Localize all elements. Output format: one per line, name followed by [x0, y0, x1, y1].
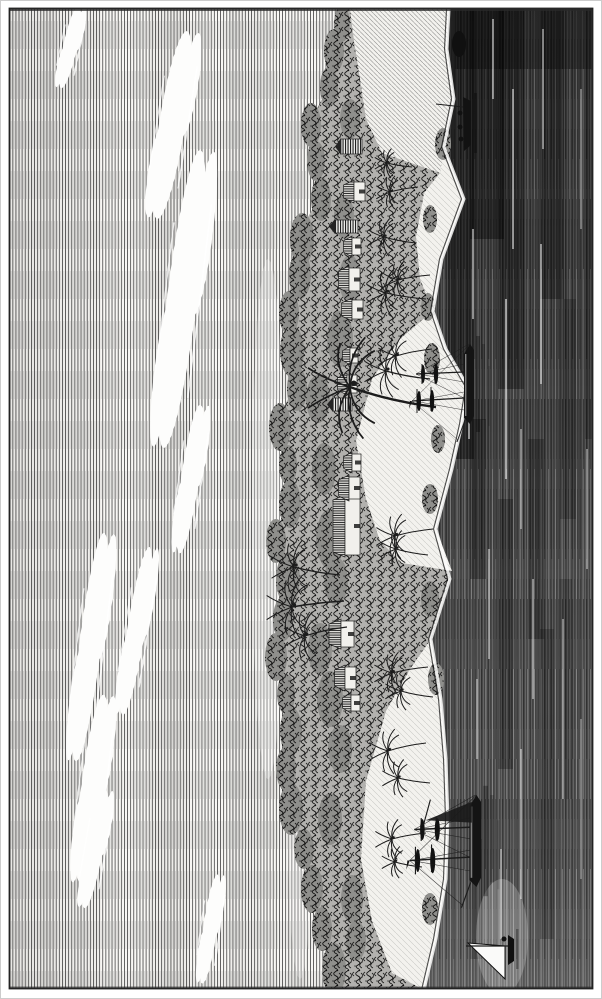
palm-coconut: [386, 290, 389, 293]
ship-furled-sail: [430, 848, 435, 873]
frame-bottom-band: [10, 987, 592, 989]
tree-crown-shade: [308, 623, 332, 675]
ship-reflection: [488, 366, 490, 426]
tree-crown-shade: [269, 403, 291, 451]
house-door: [355, 461, 361, 465]
tree-crown-shade: [341, 875, 363, 923]
sea-shading-band: [528, 439, 544, 639]
sea-glint: [488, 549, 490, 659]
tree-crown-shade: [290, 213, 314, 265]
sea-glint: [476, 679, 478, 759]
tree-crown-shade: [307, 141, 325, 181]
house-door: [354, 278, 360, 282]
tree-crown-shade: [320, 67, 338, 107]
ship-reflection: [482, 344, 485, 420]
house-door: [359, 190, 365, 194]
sky-shading-band: [9, 9, 55, 990]
sea-glint: [492, 19, 494, 99]
palm-coconut: [398, 775, 401, 778]
palm-coconut: [401, 688, 404, 691]
house: [339, 475, 360, 501]
house-door: [354, 701, 360, 705]
sea-glint: [472, 229, 474, 319]
house-door: [357, 308, 363, 312]
scene: [9, 0, 593, 995]
house: [344, 180, 365, 203]
sea-glint: [512, 89, 514, 249]
engraving-clip: [9, 0, 593, 995]
palm-coconut: [387, 161, 389, 163]
house: [342, 298, 363, 321]
ship-reflection: [490, 795, 493, 882]
tree-crown-shade: [346, 921, 366, 961]
palm-coconut: [388, 748, 391, 751]
sea-glint: [540, 244, 542, 384]
tree-crown-shade: [301, 103, 321, 147]
ship-furled-sail: [434, 364, 438, 384]
tree-crown-shade: [311, 177, 331, 221]
sea-glint: [532, 579, 534, 699]
tree-crown-shade: [334, 6, 350, 42]
sea-glint: [505, 299, 507, 479]
tree-crown-shade: [277, 674, 295, 714]
ship-reflection: [497, 820, 499, 889]
sea-glint: [520, 749, 522, 899]
sea-shading-band: [498, 499, 513, 769]
ship-sheerline: [465, 354, 466, 416]
frame-top-band: [10, 8, 592, 11]
sea-shading-band: [560, 299, 576, 519]
rowboat-hull: [463, 97, 471, 151]
tower-body: [335, 220, 358, 233]
tree-crown-shade: [423, 205, 437, 233]
house-door: [354, 524, 360, 528]
sea-glint: [580, 719, 582, 879]
rowboat-reflection: [474, 93, 477, 153]
ship-reflection: [483, 786, 488, 896]
house-roof: [335, 665, 345, 691]
rowboat-figure: [458, 125, 463, 130]
palm-coconut: [351, 380, 356, 385]
house: [339, 266, 360, 293]
house: [329, 619, 354, 649]
ship-reflection: [476, 336, 480, 432]
tree-crown-shade: [328, 725, 352, 773]
ship-furled-sail: [435, 818, 440, 841]
tree-crown-shade: [279, 291, 299, 335]
tree-crown-shade: [294, 829, 314, 869]
skiff-hull: [508, 935, 514, 965]
sea-light-patch: [476, 879, 528, 995]
house-roof: [333, 495, 345, 557]
sea-glint: [580, 89, 582, 229]
tree-crown-shade: [312, 907, 332, 951]
tree-crown-shade: [312, 443, 336, 495]
skiff-reflection: [516, 929, 519, 969]
palm-coconut: [396, 353, 399, 356]
tower: [329, 219, 358, 234]
sea-glint: [562, 619, 564, 799]
ship-furled-sail: [430, 390, 434, 412]
rock: [452, 31, 466, 57]
palm-coconut: [294, 563, 297, 566]
ship-furled-sail: [421, 365, 425, 383]
sea-glint: [520, 429, 522, 529]
palm-coconut: [305, 633, 308, 636]
house: [343, 236, 361, 257]
palm-coconut: [395, 533, 398, 536]
tree-crown-shade: [280, 707, 302, 755]
sea-shading-band: [470, 419, 486, 579]
tree-crown-shade: [279, 445, 297, 485]
engraving-canvas: [0, 0, 602, 999]
sea-glint: [542, 29, 544, 149]
palm-coconut: [384, 234, 387, 237]
tree-crown-shade: [266, 519, 286, 563]
house-door: [350, 676, 356, 680]
house-roof: [329, 619, 341, 649]
palm-coconut: [392, 836, 395, 839]
tree-crown-shade: [431, 425, 445, 453]
palm-coconut: [392, 670, 395, 673]
palm-coconut: [390, 190, 392, 192]
tree-crown-shade: [318, 793, 342, 845]
tree-crown-shade: [340, 99, 360, 139]
palm-coconut: [398, 277, 401, 280]
sea-shading-band: [540, 629, 554, 939]
house-roof: [339, 475, 349, 501]
tree-crown-shade: [301, 865, 323, 913]
palm-coconut: [293, 603, 297, 607]
house-door: [354, 486, 360, 490]
tree-crown-shade: [306, 375, 330, 423]
sea-shading-band: [560, 579, 572, 799]
engraving-page: [0, 0, 602, 999]
house-roof: [339, 266, 349, 293]
rowboat-figure: [458, 111, 463, 116]
rowboat-figure: [459, 137, 464, 142]
tree-crown-shade: [422, 484, 438, 514]
skiff-figure: [502, 937, 507, 942]
tree-crown-shade: [279, 783, 303, 835]
palm-coconut: [396, 546, 399, 549]
tree-crown-shade: [279, 480, 301, 528]
tower-body: [341, 139, 362, 154]
house-door: [348, 632, 354, 636]
tree-crown-shade: [324, 557, 348, 605]
house: [333, 495, 360, 557]
house: [335, 665, 356, 691]
tree-crown-shade: [421, 581, 439, 617]
palm-coconut: [386, 367, 389, 370]
tree-crown-shade: [422, 893, 438, 925]
sea-glint: [586, 449, 588, 569]
house: [343, 452, 361, 473]
engraving-figure: [0, 0, 602, 999]
house-door: [355, 245, 361, 249]
palm-coconut: [395, 860, 397, 862]
